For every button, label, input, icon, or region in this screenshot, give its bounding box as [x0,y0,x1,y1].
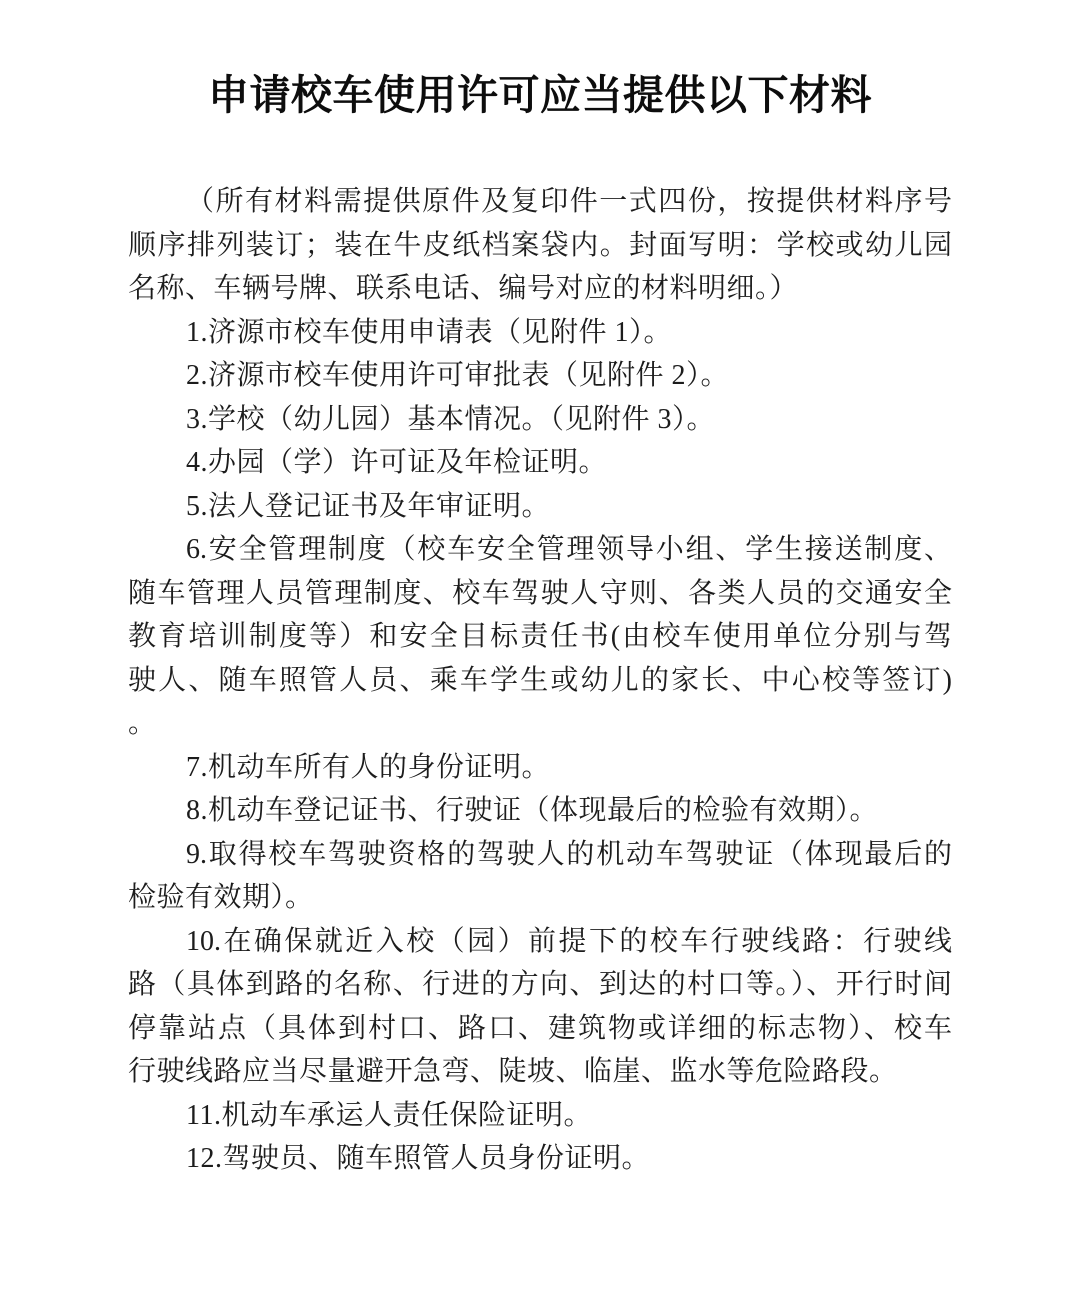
text-line: 9.取得校车驾驶资格的驾驶人的机动车驾驶证（体现最后的 [128,833,952,877]
text-line: 5.法人登记证书及年审证明。 [128,485,952,529]
text-line: 1.济源市校车使用申请表（见附件 1）。 [128,311,952,355]
text-line: 10.在确保就近入校（园）前提下的校车行驶线路：行驶线 [128,920,952,964]
text-line: 名称、车辆号牌、联系电话、编号对应的材料明细。） [128,267,952,311]
text-line: 12.驾驶员、随车照管人员身份证明。 [128,1137,952,1181]
text-line: 11.机动车承运人责任保险证明。 [128,1094,952,1138]
text-line: 7.机动车所有人的身份证明。 [128,746,952,790]
text-line: 8.机动车登记证书、行驶证（体现最后的检验有效期）。 [128,789,952,833]
text-line: 顺序排列装订；装在牛皮纸档案袋内。封面写明：学校或幼儿园 [128,224,952,268]
document-title: 申请校车使用许可应当提供以下材料 [128,70,952,120]
text-line: （所有材料需提供原件及复印件一式四份，按提供材料序号 [128,180,952,224]
text-line: 。 [128,702,952,746]
text-line: 4.办园（学）许可证及年检证明。 [128,441,952,485]
text-line: 驶人、随车照管人员、乘车学生或幼儿的家长、中心校等签订) [128,659,952,703]
text-line: 检验有效期）。 [128,876,952,920]
text-line: 教育培训制度等）和安全目标责任书(由校车使用单位分别与驾 [128,615,952,659]
text-line: 路（具体到路的名称、行进的方向、到达的村口等。）、开行时间 [128,963,952,1007]
document-page: 申请校车使用许可应当提供以下材料 （所有材料需提供原件及复印件一式四份，按提供材… [0,0,1080,1290]
document-body: （所有材料需提供原件及复印件一式四份，按提供材料序号顺序排列装订；装在牛皮纸档案… [128,180,952,1181]
text-line: 行驶线路应当尽量避开急弯、陡坡、临崖、监水等危险路段。 [128,1050,952,1094]
text-line: 2.济源市校车使用许可审批表（见附件 2）。 [128,354,952,398]
text-line: 3.学校（幼儿园）基本情况。（见附件 3）。 [128,398,952,442]
text-line: 6.安全管理制度（校车安全管理领导小组、学生接送制度、 [128,528,952,572]
text-line: 随车管理人员管理制度、校车驾驶人守则、各类人员的交通安全 [128,572,952,616]
text-line: 停靠站点（具体到村口、路口、建筑物或详细的标志物）、校车 [128,1007,952,1051]
